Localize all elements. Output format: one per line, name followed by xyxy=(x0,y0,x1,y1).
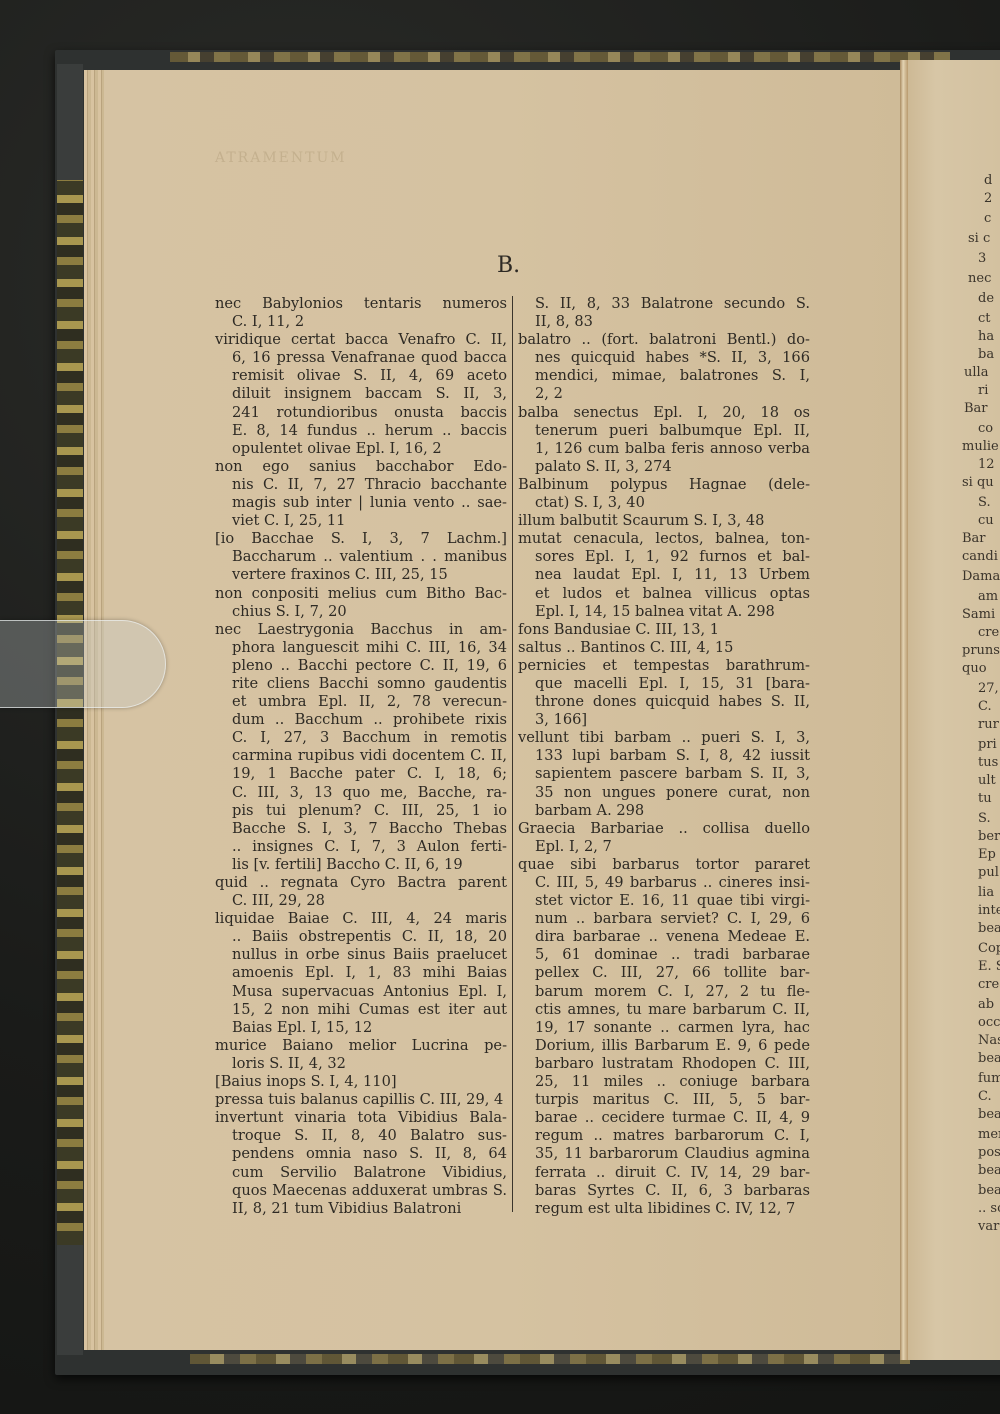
entry-line: viridique certat bacca Venafro C. II, xyxy=(215,331,507,349)
entry-line: Epl. I, 14, 15 balnea vitat A. 298 xyxy=(518,603,810,621)
right-page-text-fragment: d xyxy=(984,172,992,190)
right-page-text-fragment: C. xyxy=(978,698,992,716)
index-entry: nec Laestrygonia Bacchus in am-phora lan… xyxy=(215,621,507,874)
entry-line: Dorium, illis Barbarum E. 9, 6 pede xyxy=(518,1037,810,1055)
index-entry: pernicies et tempestas barathrum-que mac… xyxy=(518,657,810,729)
cover-bottom-marbled-edge xyxy=(190,1354,910,1364)
entry-line: invertunt vinaria tota Vibidius Bala- xyxy=(215,1109,507,1127)
entry-line: C. I, 27, 3 Bacchum in remotis xyxy=(215,729,507,747)
entry-line: mendici, mimae, balatrones S. I, xyxy=(518,367,810,385)
entry-line: sapientem pascere barbam S. II, 3, xyxy=(518,765,810,783)
right-page-text-fragment: bea xyxy=(978,920,1000,938)
entry-line: mutat cenacula, lectos, balnea, ton- xyxy=(518,530,810,548)
entry-line: rite cliens Bacchi somno gaudentis xyxy=(215,675,507,693)
cover-top-marbled-edge xyxy=(170,52,950,62)
right-page-text-fragment: rur xyxy=(978,716,999,734)
index-entry: balba senectus Epl. I, 20, 18 ostenerum … xyxy=(518,404,810,476)
index-entry: viridique certat bacca Venafro C. II,6, … xyxy=(215,331,507,458)
right-page-text-fragment: am xyxy=(978,588,998,606)
right-page-text-fragment: poss xyxy=(978,1144,1000,1162)
entry-line: C. I, 11, 2 xyxy=(215,313,507,331)
right-page-text-fragment: Sami xyxy=(962,606,995,624)
entry-line: II, 8, 21 tum Vibidius Balatroni xyxy=(215,1200,507,1218)
right-page-text-fragment: ba xyxy=(978,346,994,364)
entry-line: opulentet olivae Epl. I, 16, 2 xyxy=(215,440,507,458)
right-page-text-fragment: candi xyxy=(962,548,998,566)
right-page-text-fragment: merc xyxy=(978,1126,1000,1144)
entry-line: pis tui plenum? C. III, 25, 1 io xyxy=(215,802,507,820)
entry-line: et umbra Epl. II, 2, 78 verecun- xyxy=(215,693,507,711)
right-page-text-fragment: quo xyxy=(962,660,987,678)
entry-line: Musa supervacuas Antonius Epl. I, xyxy=(215,983,507,1001)
right-page-text-fragment: lia xyxy=(978,884,994,902)
entry-line: carmina rupibus vidi docentem C. II, xyxy=(215,747,507,765)
index-entry: liquidae Baiae C. III, 4, 24 maris.. Bai… xyxy=(215,910,507,1037)
spine-top xyxy=(57,64,83,180)
spine-marbled-board xyxy=(57,180,83,1245)
right-page-text-fragment: pul xyxy=(978,864,999,882)
entry-line: Epl. I, 2, 7 xyxy=(518,838,810,856)
right-page-text-fragment: E. S xyxy=(978,958,1000,976)
right-page-text-fragment: .. so xyxy=(978,1200,1000,1218)
entry-line: pellex C. III, 27, 66 tollite bar- xyxy=(518,964,810,982)
entry-line: S. II, 8, 33 Balatrone secundo S. xyxy=(518,295,810,313)
entry-line: chius S. I, 7, 20 xyxy=(215,603,507,621)
index-entry: illum balbutit Scaurum S. I, 3, 48 xyxy=(518,512,810,530)
entry-line: 5, 61 dominae .. tradi barbarae xyxy=(518,946,810,964)
entry-line: que macelli Epl. I, 15, 31 [bara- xyxy=(518,675,810,693)
entry-line: loris S. II, 4, 32 xyxy=(215,1055,507,1073)
entry-line: barum morem C. I, 27, 2 tu fle- xyxy=(518,983,810,1001)
right-page-text-fragment: ha xyxy=(978,328,994,346)
index-entry: invertunt vinaria tota Vibidius Bala-tro… xyxy=(215,1109,507,1218)
right-page-text-fragment: pri xyxy=(978,736,997,754)
entry-line: ctis amnes, tu mare barbarum C. II, xyxy=(518,1001,810,1019)
index-entry: pressa tuis balanus capillis C. III, 29,… xyxy=(215,1091,507,1109)
entry-line: regum est ulta libidines C. IV, 12, 7 xyxy=(518,1200,810,1218)
right-page-text-fragment: C. xyxy=(978,1088,992,1106)
entry-line: Balbinum polypus Hagnae (dele- xyxy=(518,476,810,494)
right-page-text-fragment: 3 xyxy=(978,250,986,268)
right-page-text-fragment: ab xyxy=(978,996,994,1014)
entry-line: tenerum pueri balbumque Epl. II, xyxy=(518,422,810,440)
entry-line: quid .. regnata Cyro Bactra parent xyxy=(215,874,507,892)
entry-line: non ego sanius bacchabor Edo- xyxy=(215,458,507,476)
entry-line: quae sibi barbarus tortor pararet xyxy=(518,856,810,874)
right-page-text-fragment: Bar xyxy=(964,400,988,418)
section-heading: B. xyxy=(497,253,520,278)
entry-line: 241 rotundioribus onusta baccis xyxy=(215,404,507,422)
entry-line: pendens omnia naso S. II, 8, 64 xyxy=(215,1145,507,1163)
entry-line: 133 lupi barbam S. I, 8, 42 iussit xyxy=(518,747,810,765)
right-page-text-fragment: pruns xyxy=(962,642,1000,660)
entry-line: 25, 11 miles .. coniuge barbara xyxy=(518,1073,810,1091)
entry-line: nullus in orbe sinus Baiis praelucet xyxy=(215,946,507,964)
index-entry: Balbinum polypus Hagnae (dele-ctat) S. I… xyxy=(518,476,810,512)
entry-line: cum Servilio Balatrone Vibidius, xyxy=(215,1164,507,1182)
index-entry: fons Bandusiae C. III, 13, 1 xyxy=(518,621,810,639)
entry-line: amoenis Epl. I, 1, 83 mihi Baias xyxy=(215,964,507,982)
column-divider xyxy=(512,296,513,1212)
right-page-text-fragment: S. xyxy=(978,810,991,828)
index-entry: mutat cenacula, lectos, balnea, ton-sore… xyxy=(518,530,810,620)
right-page-text-fragment: occu xyxy=(978,1014,1000,1032)
entry-line: nec Laestrygonia Bacchus in am- xyxy=(215,621,507,639)
entry-line: Bacche S. I, 3, 7 Baccho Thebas xyxy=(215,820,507,838)
entry-line: pernicies et tempestas barathrum- xyxy=(518,657,810,675)
entry-line: ctat) S. I, 3, 40 xyxy=(518,494,810,512)
entry-line: vellunt tibi barbam .. pueri S. I, 3, xyxy=(518,729,810,747)
index-column-left: nec Babylonios tentaris numerosC. I, 11,… xyxy=(215,295,507,1218)
entry-line: barbam A. 298 xyxy=(518,802,810,820)
entry-line: 19, 1 Bacche pater C. I, 18, 6; xyxy=(215,765,507,783)
right-page-text-fragment: beat xyxy=(978,1106,1000,1124)
entry-line: et ludos et balnea villicus optas xyxy=(518,585,810,603)
right-page-text-fragment: c xyxy=(984,210,991,228)
right-page-text-fragment: co xyxy=(978,420,993,438)
entry-line: non conpositi melius cum Bitho Bac- xyxy=(215,585,507,603)
entry-line: pressa tuis balanus capillis C. III, 29,… xyxy=(215,1091,507,1109)
entry-line: diluit insignem baccam S. II, 3, xyxy=(215,385,507,403)
index-entry: nec Babylonios tentaris numerosC. I, 11,… xyxy=(215,295,507,331)
right-page-text-fragment: nec xyxy=(968,270,991,288)
entry-line: .. insignes C. I, 7, 3 Aulon ferti- xyxy=(215,838,507,856)
entry-line: num .. barbara serviet? C. I, 29, 6 xyxy=(518,910,810,928)
entry-line: dira barbarae .. venena Medeae E. xyxy=(518,928,810,946)
right-page-text-fragment: ulla xyxy=(964,364,988,382)
right-page-text-fragment: ber xyxy=(978,828,1000,846)
entry-line: 1, 126 cum balba feris annoso verba xyxy=(518,440,810,458)
book-gutter xyxy=(900,60,908,1360)
index-entry: S. II, 8, 33 Balatrone secundo S.II, 8, … xyxy=(518,295,810,331)
right-page-text-fragment: tu xyxy=(978,790,992,808)
right-page-text-fragment: Nas xyxy=(978,1032,1000,1050)
entry-line: balatro .. (fort. balatroni Bentl.) do- xyxy=(518,331,810,349)
index-entry: murice Baiano melior Lucrina pe-loris S.… xyxy=(215,1037,507,1073)
entry-line: C. III, 3, 13 quo me, Bacche, ra- xyxy=(215,784,507,802)
entry-line: 3, 166] xyxy=(518,711,810,729)
index-column-right: S. II, 8, 33 Balatrone secundo S.II, 8, … xyxy=(518,295,810,1218)
entry-line: II, 8, 83 xyxy=(518,313,810,331)
right-page-text-fragment: cre xyxy=(978,624,999,642)
entry-line: pleno .. Bacchi pectore C. II, 19, 6 xyxy=(215,657,507,675)
right-page-text-fragment: 27, xyxy=(978,680,999,698)
entry-line: palato S. II, 3, 274 xyxy=(518,458,810,476)
index-entry: non ego sanius bacchabor Edo-nis C. II, … xyxy=(215,458,507,530)
entry-line: viet C. I, 25, 11 xyxy=(215,512,507,530)
entry-line: regum .. matres barbarorum C. I, xyxy=(518,1127,810,1145)
right-page-text-fragment: vare xyxy=(978,1218,1000,1236)
index-entry: vellunt tibi barbam .. pueri S. I, 3,133… xyxy=(518,729,810,819)
entry-line: stet victor E. 16, 11 quae tibi virgi- xyxy=(518,892,810,910)
entry-line: barbaro lustratam Rhodopen C. III, xyxy=(518,1055,810,1073)
index-entry: [io Bacchae S. I, 3, 7 Lachm.]Baccharum … xyxy=(215,530,507,584)
right-page-text-fragment: Cop xyxy=(978,940,1000,958)
entry-line: C. III, 5, 49 barbarus .. cineres insi- xyxy=(518,874,810,892)
entry-line: nea laudat Epl. I, 11, 13 Urbem xyxy=(518,566,810,584)
right-page-text-fragment: Dama xyxy=(962,568,1000,586)
index-entry: quid .. regnata Cyro Bactra parentC. III… xyxy=(215,874,507,910)
entry-line: 6, 16 pressa Venafranae quod bacca xyxy=(215,349,507,367)
entry-line: murice Baiano melior Lucrina pe- xyxy=(215,1037,507,1055)
entry-line: Baias Epl. I, 15, 12 xyxy=(215,1019,507,1037)
right-page-text-fragment: beat xyxy=(978,1182,1000,1200)
index-entry: non conpositi melius cum Bitho Bac-chius… xyxy=(215,585,507,621)
entry-line: baras Syrtes C. II, 6, 3 barbaras xyxy=(518,1182,810,1200)
right-page-text-fragment: 12 xyxy=(978,456,995,474)
entry-line: nes quicquid habes *S. II, 3, 166 xyxy=(518,349,810,367)
right-page-text-fragment: inte xyxy=(978,902,1000,920)
entry-line: [Baius inops S. I, 4, 110] xyxy=(215,1073,507,1091)
spine-bottom xyxy=(57,1245,83,1355)
index-entry: quae sibi barbarus tortor pararetC. III,… xyxy=(518,856,810,1218)
show-through-header: ATRAMENTUM xyxy=(215,150,347,166)
entry-line: [io Bacchae S. I, 3, 7 Lachm.] xyxy=(215,530,507,548)
entry-line: barae .. cecidere turmae C. II, 4, 9 xyxy=(518,1109,810,1127)
right-page-text-fragment: mulie xyxy=(962,438,999,456)
right-page-text-fragment: 2 xyxy=(984,190,992,208)
entry-line: 15, 2 non mihi Cumas est iter aut xyxy=(215,1001,507,1019)
entry-line: turpis maritus C. III, 5, 5 bar- xyxy=(518,1091,810,1109)
index-entry: saltus .. Bantinos C. III, 4, 15 xyxy=(518,639,810,657)
entry-line: nec Babylonios tentaris numeros xyxy=(215,295,507,313)
right-page-partial: d2csi c3necdecthabaullariBarcomulie12si … xyxy=(908,60,1000,1360)
entry-line: balba senectus Epl. I, 20, 18 os xyxy=(518,404,810,422)
right-page-text-fragment: Ep xyxy=(978,846,996,864)
entry-line: quos Maecenas adduxerat umbras S. xyxy=(215,1182,507,1200)
entry-line: Graecia Barbariae .. collisa duello xyxy=(518,820,810,838)
page-edges xyxy=(84,70,106,1350)
entry-line: 19, 17 sonante .. carmen lyra, hac xyxy=(518,1019,810,1037)
entry-line: remisit olivae S. II, 4, 69 aceto xyxy=(215,367,507,385)
entry-line: 35, 11 barbarorum Claudius agmina xyxy=(518,1145,810,1163)
entry-line: liquidae Baiae C. III, 4, 24 maris xyxy=(215,910,507,928)
entry-line: troque S. II, 8, 40 Balatro sus- xyxy=(215,1127,507,1145)
entry-line: vertere fraxinos C. III, 25, 15 xyxy=(215,566,507,584)
entry-line: ferrata .. diruit C. IV, 14, 29 bar- xyxy=(518,1164,810,1182)
entry-line: saltus .. Bantinos C. III, 4, 15 xyxy=(518,639,810,657)
entry-line: 2, 2 xyxy=(518,385,810,403)
right-page-text-fragment: fum xyxy=(978,1070,1000,1088)
entry-line: fons Bandusiae C. III, 13, 1 xyxy=(518,621,810,639)
entry-line: C. III, 29, 28 xyxy=(215,892,507,910)
entry-line: lis [v. fertili] Baccho C. II, 6, 19 xyxy=(215,856,507,874)
entry-line: E. 8, 14 fundus .. herum .. baccis xyxy=(215,422,507,440)
right-page-text-fragment: cu xyxy=(978,512,994,530)
entry-line: dum .. Bacchum .. prohibete rixis xyxy=(215,711,507,729)
index-entry: Graecia Barbariae .. collisa duelloEpl. … xyxy=(518,820,810,856)
page-holder-clip xyxy=(0,620,166,708)
right-page-text-fragment: Bar xyxy=(962,530,986,548)
right-page-text-fragment: beat xyxy=(978,1050,1000,1068)
right-page-text-fragment: tus xyxy=(978,754,998,772)
right-page-text-fragment: ult xyxy=(978,772,996,790)
entry-line: .. Baiis obstrepentis C. II, 18, 20 xyxy=(215,928,507,946)
right-page-text-fragment: de xyxy=(978,290,994,308)
right-page-text-fragment: ct xyxy=(978,310,991,328)
right-page-text-fragment: beat xyxy=(978,1162,1000,1180)
entry-line: phora languescit mihi C. III, 16, 34 xyxy=(215,639,507,657)
entry-line: Baccharum .. valentium . . manibus xyxy=(215,548,507,566)
entry-line: illum balbutit Scaurum S. I, 3, 48 xyxy=(518,512,810,530)
right-page-text-fragment: ri xyxy=(978,382,988,400)
entry-line: magis sub inter | lunia vento .. sae- xyxy=(215,494,507,512)
index-entry: balatro .. (fort. balatroni Bentl.) do-n… xyxy=(518,331,810,403)
entry-line: throne dones quicquid habes S. II, xyxy=(518,693,810,711)
right-page-text-fragment: si c xyxy=(968,230,990,248)
right-page-text-fragment: crea xyxy=(978,976,1000,994)
right-page-text-fragment: S. xyxy=(978,494,991,512)
right-page-text-fragment: si qu xyxy=(962,474,994,492)
entry-line: nis C. II, 7, 27 Thracio bacchante xyxy=(215,476,507,494)
entry-line: sores Epl. I, 1, 92 furnos et bal- xyxy=(518,548,810,566)
entry-line: 35 non ungues ponere curat, non xyxy=(518,784,810,802)
index-entry: [Baius inops S. I, 4, 110] xyxy=(215,1073,507,1091)
